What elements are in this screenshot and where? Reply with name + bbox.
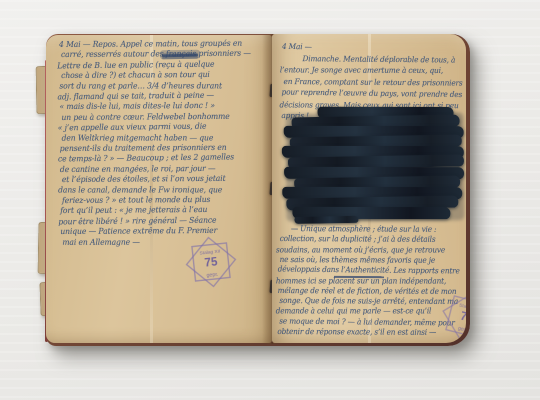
handwritten-line: obtenir de réponse exacte, s’il en est a… [277,327,436,337]
photo-background: 4 Mai — Repos. Appel ce matin, tous grou… [0,0,540,400]
handwritten-line: mai en Allemagne — [62,237,140,246]
handwritten-line: carré, resserrés autour des français pri… [61,49,251,59]
handwritten-line: l’entour. Je songe avec amertume à ceux,… [280,65,443,75]
stamp-top-text: Stalag XII [199,248,220,256]
handwritten-line: « j’en appelle aux vieux parmi vous, die [58,122,207,133]
handwritten-line: feriez-vous ? » et tout le monde du plus [62,195,210,205]
censor-stamp-left: Stalag XII 75 gepr. [179,232,242,292]
stamp-bottom-text: gepr. [206,272,218,279]
handwritten-line: ce temps-là ? » — Beaucoup ; et les 2 ga… [58,153,234,164]
stamp-number: 75 [459,310,466,325]
handwritten-line: fort qu’il peut : « je me jetterais à l’… [60,205,207,215]
handwritten-line: adj. flamand qui se tait, traduit à pein… [57,91,214,102]
handwritten-line: Lettre de B. lue en public (reçu à quelq… [57,59,214,70]
handwritten-line: Dimanche. Mentalité déplorable de tous, … [303,54,456,64]
handwritten-line: de cantine en mangées, le roi, par jour … [60,164,216,174]
handwritten-line: et l’épisode des étoiles, et si l’on vou… [62,174,226,184]
handwritten-line: collection, sur la duplicité ; j’ai à de… [280,234,436,244]
notebook-page-left: 4 Mai — Repos. Appel ce matin, tous grou… [46,35,272,343]
stamp-number: 75 [204,256,219,269]
redaction-block [285,106,464,226]
handwritten-line: pour reprendre l’œuvre du pays, vont pre… [282,87,463,99]
handwritten-line: unique — Patience extrême du F. Premier [60,226,217,236]
handwritten-line: en France, comptant sur le retour des pr… [284,77,463,88]
handwritten-line: se moque de moi ? — à lui demander, même… [279,316,454,327]
notebook: 4 Mai — Repos. Appel ce matin, tous grou… [46,34,470,346]
handwritten-line: un peu à contre cœur. Feldwebel bonhomme [61,112,229,122]
handwritten-line: 4 Mai — Repos. Appel ce matin, tous grou… [59,39,242,49]
handwritten-line: dans le canal, demande le Fw ironique, q… [58,185,222,194]
handwritten-text-left: 4 Mai — Repos. Appel ce matin, tous grou… [59,39,255,40]
handwritten-line: — Unique atmosphère ; étude sur la vie : [291,224,437,234]
handwritten-line: pour être libéré ! » rire général — Séan… [58,215,216,226]
handwritten-line: demande à celui qui me parle — est-ce qu… [276,307,432,316]
handwritten-line: « mais dis-le lui, mais dites-le lui don… [59,101,214,111]
handwritten-line: pensent-ils du traitement des prisonnier… [60,143,227,153]
handwritten-line: développais dans l’Authenticité. Les rap… [278,265,460,276]
handwritten-line: mélange de réel et de fiction, de vérité… [278,286,457,296]
notebook-page-right: 4 Mai —Dimanche. Mentalité déplorable de… [272,34,466,343]
handwritten-text-right-bottom: — Unique atmosphère ; étude sur la vie :… [278,224,447,225]
handwritten-line: sort du rang et parle… 3/4 d’heures dura… [59,81,222,90]
handwritten-line: soudains, au moment où j’écris, que je r… [276,245,445,254]
handwritten-line: ne sais où, les thèmes mêmes favoris que… [280,255,435,265]
handwritten-line: chose à dire ?) et chacun à son tour qui [61,70,210,80]
handwritten-line: 4 Mai — [282,42,312,51]
handwritten-line: den Weltkrieg mitgemacht haben — que [62,133,214,142]
handwritten-line: songe. Que de fois ne suis-je arrêté, en… [279,296,458,306]
